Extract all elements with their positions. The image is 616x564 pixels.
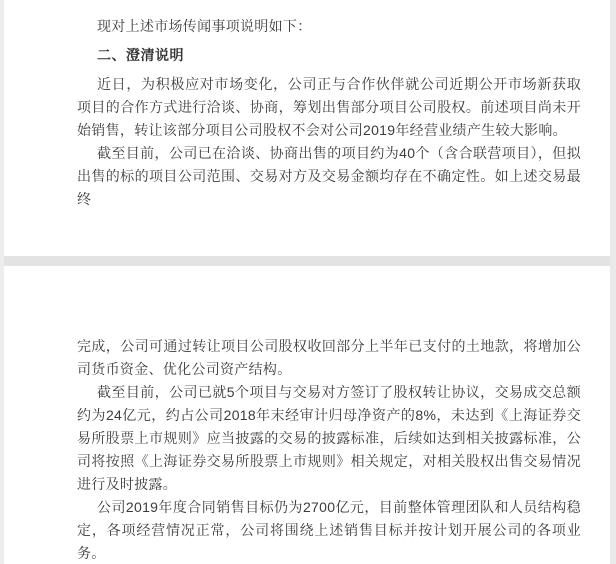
page-edge-right (610, 0, 616, 564)
paragraph-sales-target: 公司2019年度合同销售目标仍为2700亿元，目前整体管理团队和人员结构稳定，各… (77, 496, 581, 564)
document-page-2: 完成，公司可通过转让项目公司股权收回部分上半年已支付的土地款，将增加公司货币资金… (0, 266, 616, 564)
paragraph-continuation-land-payment: 完成，公司可通过转让项目公司股权收回部分上半年已支付的土地款，将增加公司货币资金… (77, 335, 581, 381)
paragraph-market-response: 近日，为积极应对市场变化，公司正与合作伙伴就公司近期公开市场新获取项目的合作方式… (77, 73, 581, 142)
intro-line: 现对上述市场传闻事项说明如下： (77, 15, 581, 38)
section-heading: 二、澄清说明 (77, 44, 581, 67)
page-divider (0, 256, 616, 266)
paragraph-signed-agreements: 截至目前，公司已就5个项目与交易对方签订了股权转让协议，交易成交总额约为24亿元… (77, 381, 581, 496)
document-viewer: 现对上述市场传闻事项说明如下： 二、澄清说明 近日，为积极应对市场变化，公司正与… (0, 0, 616, 564)
page-edge-left (0, 0, 4, 564)
document-page-1: 现对上述市场传闻事项说明如下： 二、澄清说明 近日，为积极应对市场变化，公司正与… (0, 0, 616, 256)
paragraph-projects-in-negotiation: 截至目前，公司已在洽谈、协商出售的项目约为40个（含合联营项目），但拟出售的标的… (77, 142, 581, 211)
